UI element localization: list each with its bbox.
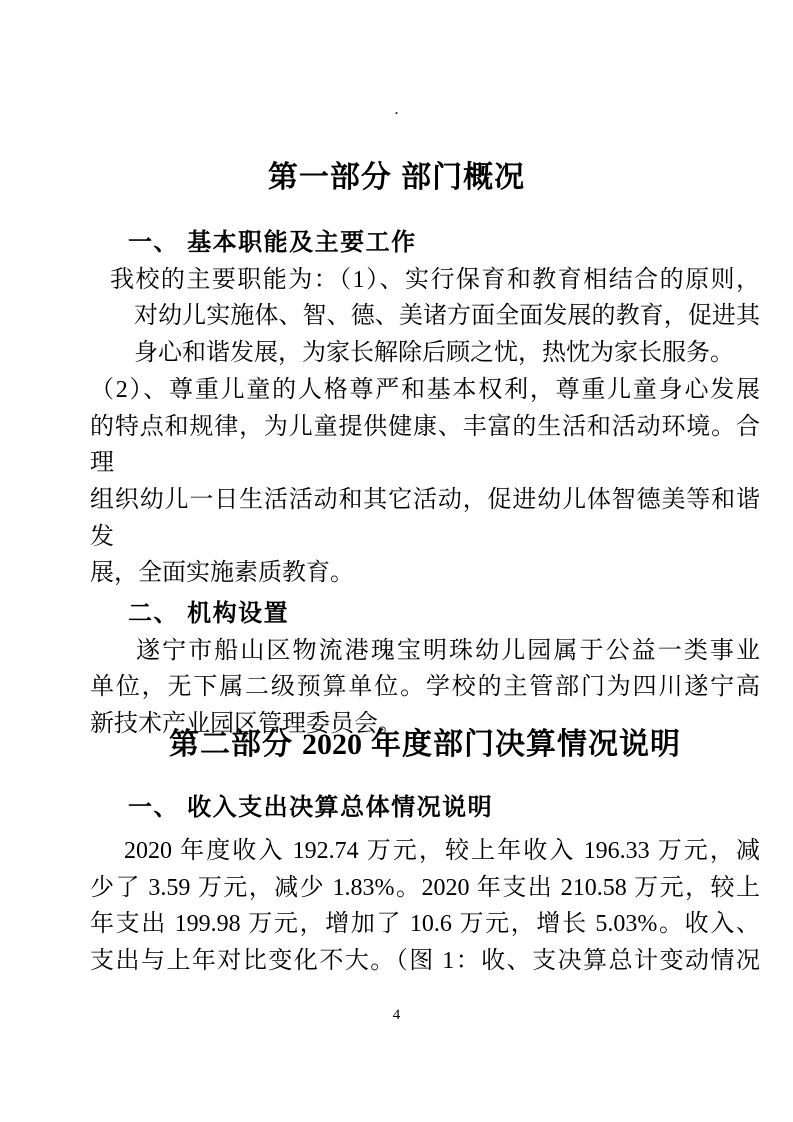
body-line: 2020 年度收入 192.74 万元，较上年收入 196.33 万元，减 bbox=[90, 833, 760, 870]
body-line: 遂宁市船山区物流港瑰宝明珠幼儿园属于公益一类事业 bbox=[90, 633, 760, 670]
part2-body: 2020 年度收入 192.74 万元，较上年收入 196.33 万元，减 少了… bbox=[90, 833, 760, 980]
part2-body-heading: 一、 收入支出决算总体情况说明 bbox=[90, 790, 760, 827]
body-line: 我校的主要职能为：（1）、实行保育和教育相结合的原则， bbox=[90, 262, 760, 299]
section3-heading: 一、 收入支出决算总体情况说明 bbox=[90, 790, 760, 827]
body-line: 身心和谐发展，为家长解除后顾之忧，热忱为家长服务。 bbox=[90, 335, 760, 372]
part2-title-prefix: 第二部分 bbox=[169, 728, 293, 761]
body-line: 支出与上年对比变化不大。（图 1：收、支决算总计变动情况 bbox=[90, 943, 760, 980]
body-line: 少了 3.59 万元，减少 1.83%。2020 年支出 210.58 万元，较… bbox=[90, 870, 760, 907]
page-number: 4 bbox=[0, 1006, 793, 1024]
part2-title-suffix: 年度部门决算情况说明 bbox=[371, 728, 681, 761]
body-line: 对幼儿实施体、智、德、美诸方面全面发展的教育，促进其 bbox=[90, 298, 760, 335]
body-line: 年支出 199.98 万元，增加了 10.6 万元，增长 5.03%。收入、 bbox=[90, 906, 760, 943]
body-line: （2）、尊重儿童的人格尊严和基本权利，尊重儿童身心发展 bbox=[90, 372, 760, 409]
part1-body: 一、 基本职能及主要工作 我校的主要职能为：（1）、实行保育和教育相结合的原则，… bbox=[90, 225, 760, 743]
document-page: . 第一部分 部门概况 一、 基本职能及主要工作 我校的主要职能为：（1）、实行… bbox=[0, 0, 793, 1122]
body-line: 展，全面实施素质教育。 bbox=[90, 555, 760, 592]
section2-heading: 二、 机构设置 bbox=[90, 596, 760, 633]
part2-title: 第二部分2020年度部门决算情况说明 bbox=[90, 724, 760, 766]
body-line: 的特点和规律，为儿童提供健康、丰富的生活和活动环境。合理 bbox=[90, 409, 760, 482]
top-dot: . bbox=[0, 102, 793, 118]
body-line: 组织幼儿一日生活活动和其它活动，促进幼儿体智德美等和谐发 bbox=[90, 482, 760, 555]
section1-heading: 一、 基本职能及主要工作 bbox=[90, 225, 760, 262]
part1-title: 第一部分 部门概况 bbox=[0, 158, 793, 198]
part2-title-year: 2020 bbox=[302, 728, 362, 761]
body-line: 单位，无下属二级预算单位。学校的主管部门为四川遂宁高 bbox=[90, 669, 760, 706]
